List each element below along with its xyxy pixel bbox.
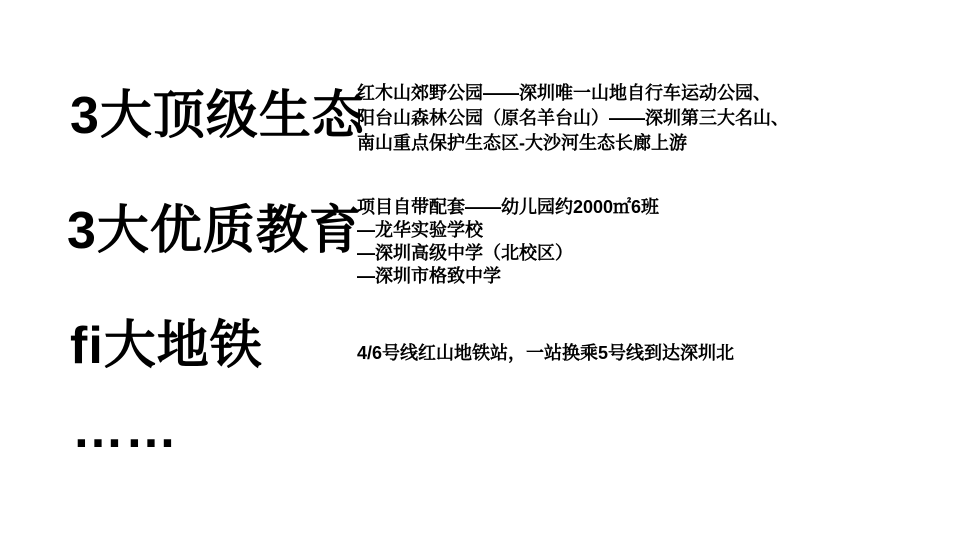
section-description-metro: 4/6号线红山地铁站，一站换乘5号线到达深圳北 xyxy=(357,341,734,366)
section-description-education: 项目自带配套——幼儿园约2000㎡6班 —龙华实验学校 —深圳高级中学（北校区）… xyxy=(357,196,659,288)
section-heading-education: 3大优质教育 xyxy=(67,205,362,257)
section-heading-metro: fi大地铁 xyxy=(70,320,263,372)
section-heading-ecology: 3大顶级生态 xyxy=(70,90,365,142)
ellipsis-more-text: …… xyxy=(72,404,178,456)
presentation-slide: 3大顶级生态 红木山郊野公园——深圳唯一山地自行车运动公园、 阳台山森林公园（原… xyxy=(0,0,960,540)
section-description-ecology: 红木山郊野公园——深圳唯一山地自行车运动公园、 阳台山森林公园（原名羊台山）——… xyxy=(357,81,789,156)
